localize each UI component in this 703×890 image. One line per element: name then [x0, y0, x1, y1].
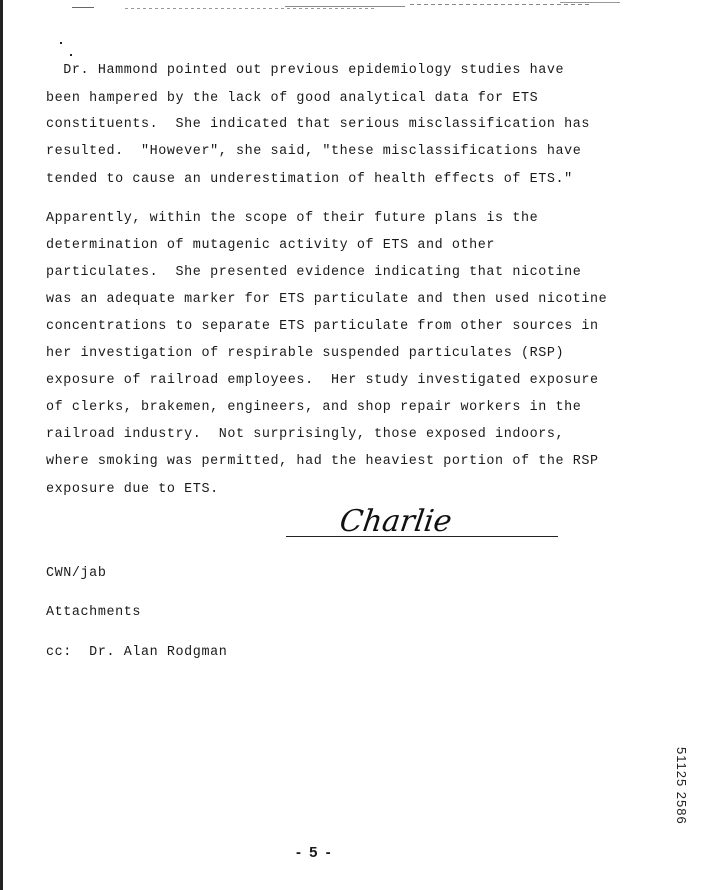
attachments-label: Attachments	[46, 605, 141, 621]
text-line: Apparently, within the scope of their fu…	[46, 211, 538, 227]
text-line: railroad industry. Not surprisingly, tho…	[46, 427, 564, 443]
bates-number: 51125 2586	[674, 747, 689, 825]
signature-line	[286, 536, 558, 537]
scan-artifact	[560, 2, 620, 3]
text-line: her investigation of respirable suspende…	[46, 346, 564, 362]
text-line: particulates. She presented evidence ind…	[46, 265, 581, 281]
text-line: Dr. Hammond pointed out previous epidemi…	[46, 63, 564, 79]
scan-artifact	[410, 4, 590, 5]
scan-artifact	[285, 6, 405, 7]
cc-line: cc: Dr. Alan Rodgman	[46, 645, 227, 661]
scan-artifact	[125, 8, 375, 9]
text-line: determination of mutagenic activity of E…	[46, 238, 495, 254]
scan-speck	[70, 54, 72, 56]
text-line: been hampered by the lack of good analyt…	[46, 91, 538, 107]
text-line: concentrations to separate ETS particula…	[46, 319, 599, 335]
text-line: tended to cause an underestimation of he…	[46, 172, 573, 188]
initials: CWN/jab	[46, 566, 106, 582]
text-line: constituents. She indicated that serious…	[46, 117, 590, 133]
text-line: of clerks, brakemen, engineers, and shop…	[46, 400, 581, 416]
text-line: was an adequate marker for ETS particula…	[46, 292, 607, 308]
page-number: - 5 -	[296, 844, 333, 861]
handwritten-signature: Charlie	[338, 504, 454, 539]
text-line: exposure of railroad employees. Her stud…	[46, 373, 599, 389]
scan-speck	[60, 42, 62, 44]
text-line: where smoking was permitted, had the hea…	[46, 454, 599, 470]
document-page: Dr. Hammond pointed out previous epidemi…	[0, 0, 703, 890]
text-line: exposure due to ETS.	[46, 482, 219, 498]
scan-edge	[0, 0, 3, 890]
scan-artifact	[72, 7, 94, 8]
text-line: resulted. "However", she said, "these mi…	[46, 144, 581, 160]
